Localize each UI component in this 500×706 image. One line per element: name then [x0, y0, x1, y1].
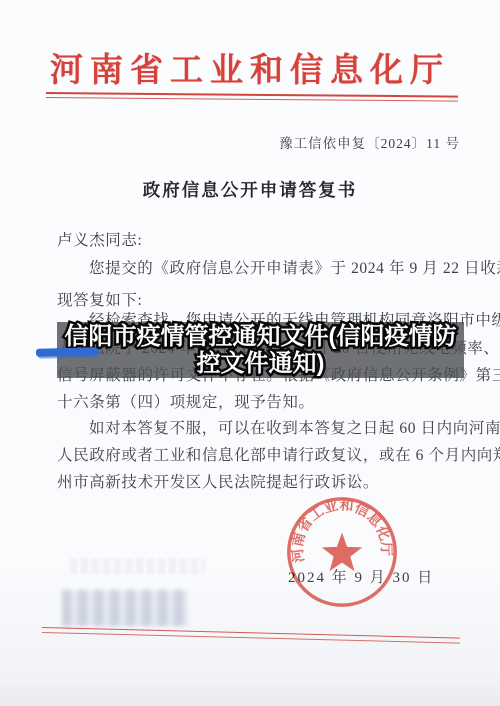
overlay-caption-line2: 控文件通知): [197, 350, 325, 377]
body-line: 您提交的《政府信息公开申请表》于 2024 年 9 月 22 日收悉。: [89, 256, 500, 278]
letterhead-divider: [46, 92, 458, 102]
official-seal-stamp: 河南省工业和信息化厅: [284, 494, 400, 610]
body-line: 十六条第（四）项规定，现予告知。: [57, 390, 315, 412]
document-title: 政府信息公开申请答复书: [0, 177, 500, 202]
faint-footer-text-smudge: [70, 558, 205, 574]
seal-star-icon: [322, 533, 362, 571]
overlay-caption-line1: 信阳市疫情管控通知文件(信阳疫情防: [65, 323, 457, 350]
blurred-redaction-box: [62, 590, 188, 626]
overlay-caption-banner: 信阳市疫情管控通知文件(信阳疫情防 控文件通知): [57, 322, 464, 378]
salutation: 卢义杰同志:: [57, 228, 142, 250]
body-line: 如对本答复不服，可以在收到本答复之日起 60 日内向河南省: [89, 416, 500, 438]
footer-divider: [42, 627, 460, 644]
agency-letterhead: 河南省工业和信息化厅: [0, 44, 500, 91]
blue-marker-redaction: [36, 347, 98, 357]
body-line: 现答复如下:: [57, 288, 142, 310]
document-reference-number: 豫工信依申复〔2024〕11 号: [279, 132, 460, 152]
scanned-document: 河南省工业和信息化厅 豫工信依申复〔2024〕11 号 政府信息公开申请答复书 …: [0, 0, 500, 706]
body-line: 州市高新技术开发区人民法院提起行政诉讼。: [57, 470, 379, 492]
body-line: 人民政府或者工业和信息化部申请行政复议，或在 6 个月内向郑: [57, 443, 500, 465]
